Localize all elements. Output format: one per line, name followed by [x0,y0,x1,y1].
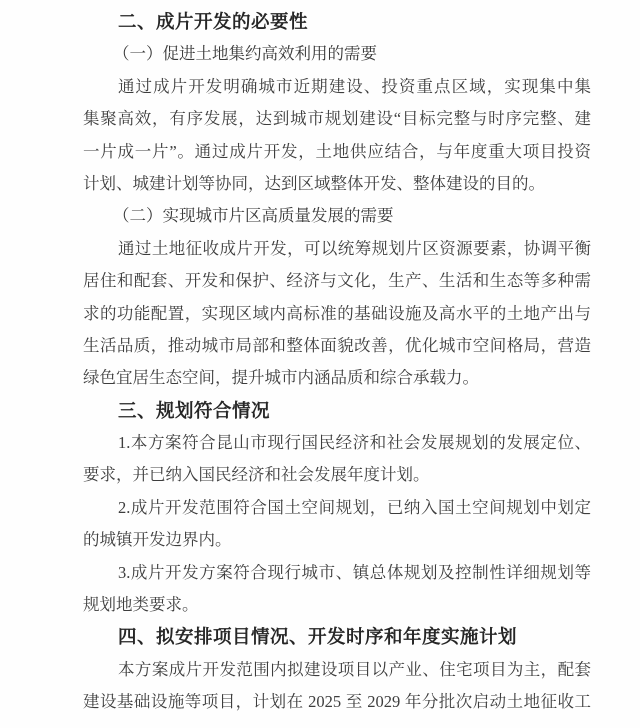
body-line: 3.成片开发方案符合现行城市、镇总体规划及控制性详细规划等 [83,557,591,589]
body-line: 2.成片开发范围符合国土空间规划，已纳入国土空间规划中划定 [83,492,591,524]
body-line: 1.本方案符合昆山市现行国民经济和社会发展规划的发展定位、 [83,427,591,459]
body-line: 通过成片开发明确城市近期建设、投资重点区域，实现集中集约、 [83,71,591,103]
document-page: 二、成片开发的必要性（一）促进土地集约高效利用的需要通过成片开发明确城市近期建设… [0,0,640,728]
body-line: 要求，并已纳入国民经济和社会发展年度计划。 [83,459,591,491]
section-subheading: （一）促进土地集约高效利用的需要 [83,38,591,70]
body-line: 建设基础设施等项目，计划在 2025 至 2029 年分批次启动土地征收工 [83,686,591,718]
section-heading: 二、成片开发的必要性 [83,6,591,38]
body-line: 的城镇开发边界内。 [83,524,591,556]
body-line: 生活品质，推动城市局部和整体面貌改善，优化城市空间格局，营造 [83,330,591,362]
document-content: 二、成片开发的必要性（一）促进土地集约高效利用的需要通过成片开发明确城市近期建设… [83,6,591,719]
section-heading: 三、规划符合情况 [83,395,591,427]
section-subheading: （二）实现城市片区高质量发展的需要 [83,200,591,232]
body-line: 规划地类要求。 [83,589,591,621]
body-line: 求的功能配置，实现区域内高标准的基础设施及高水平的土地产出与 [83,298,591,330]
body-line: 绿色宜居生态空间，提升城市内涵品质和综合承载力。 [83,362,591,394]
body-line: 计划、城建计划等协同，达到区域整体开发、整体建设的目的。 [83,168,591,200]
body-line: 本方案成片开发范围内拟建设项目以产业、住宅项目为主，配套 [83,654,591,686]
body-line: 一片成一片”。通过成片开发，土地供应结合，与年度重大项目投资 [83,136,591,168]
section-heading: 四、拟安排项目情况、开发时序和年度实施计划 [83,621,591,653]
body-line: 居住和配套、开发和保护、经济与文化，生产、生活和生态等多种需 [83,265,591,297]
body-line: 集聚高效，有序发展，达到城市规划建设“目标完整与时序完整、建 [83,103,591,135]
body-line: 通过土地征收成片开发，可以统筹规划片区资源要素，协调平衡 [83,233,591,265]
